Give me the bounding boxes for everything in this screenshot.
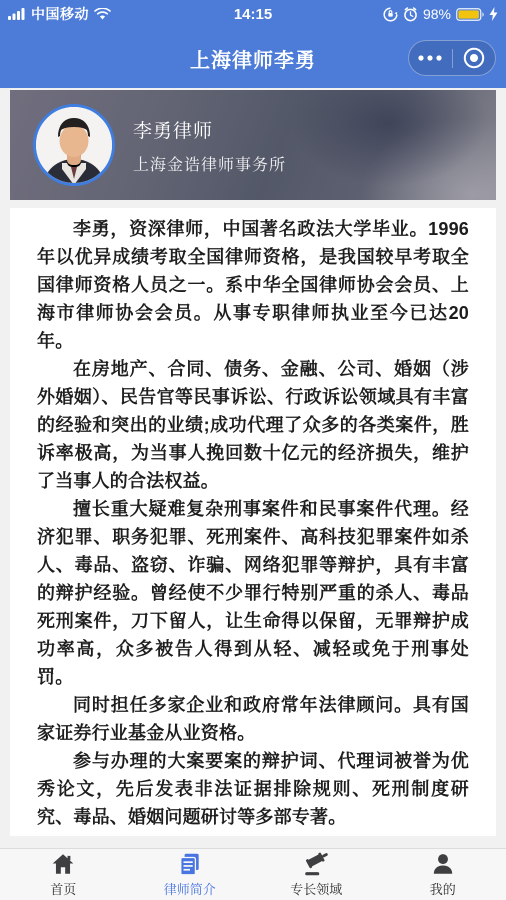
mini-program-home-icon [463, 47, 485, 69]
bio-paragraph: 在房地产、合同、债务、金融、公司、婚姻（涉外婚姻）、民告官等民事诉讼、行政诉讼领… [37, 355, 469, 495]
bio-paragraph: 同时担任多家企业和政府常年法律顾问。具有国家证券行业基金从业资格。 [37, 691, 469, 747]
status-bar: 中国移动 14:15 [0, 0, 506, 28]
lawyer-name: 李勇律师 [133, 116, 286, 143]
tab-label: 我的 [430, 879, 456, 898]
close-mini-program-button[interactable] [453, 41, 496, 75]
charging-bolt-icon [489, 7, 498, 21]
tab-lawyer-profile[interactable]: 律师简介 [127, 849, 254, 900]
tab-bar: 首页 律师简介 [0, 848, 506, 900]
wifi-icon [94, 8, 111, 20]
nav-bar: 上海律师李勇 [0, 28, 506, 88]
document-icon [177, 851, 203, 877]
tab-home[interactable]: 首页 [0, 849, 127, 900]
alarm-icon [403, 7, 418, 22]
carrier-label: 中国移动 [31, 4, 89, 24]
tab-label: 律师简介 [164, 879, 216, 898]
mini-program-screen: 中国移动 14:15 [0, 0, 506, 900]
page-content[interactable]: 李勇律师 上海金诰律师事务所 李勇，资深律师，中国著名政法大学毕业。1996年以… [0, 88, 506, 848]
user-icon [430, 851, 456, 877]
tab-label: 首页 [50, 879, 76, 898]
lawyer-identity: 李勇律师 上海金诰律师事务所 [133, 116, 286, 175]
capsule-menu [408, 40, 496, 76]
gavel-icon [302, 851, 330, 877]
status-left-group: 中国移动 [8, 4, 111, 24]
tab-label: 专长领域 [290, 879, 342, 898]
lawyer-bio-card: 李勇，资深律师，中国著名政法大学毕业。1996年以优异成绩考取全国律师资格，是我… [10, 208, 496, 836]
status-right-group: 98% [383, 6, 498, 22]
bio-paragraph: 擅长重大疑难复杂刑事案件和民事案件代理。经济犯罪、职务犯罪、死刑案件、高科技犯罪… [37, 495, 469, 691]
signal-icon [8, 8, 26, 20]
avatar [33, 104, 115, 186]
more-dots-icon [418, 55, 442, 61]
battery-percent-label: 98% [423, 6, 451, 22]
law-firm-name: 上海金诰律师事务所 [133, 152, 286, 175]
more-menu-button[interactable] [409, 41, 452, 75]
tab-mine[interactable]: 我的 [380, 849, 506, 900]
tab-expertise[interactable]: 专长领域 [253, 849, 380, 900]
bio-paragraph: 参与办理的大案要案的辩护词、代理词被誉为优秀论文，先后发表非法证据排除规则、死刑… [37, 747, 469, 831]
page-title: 上海律师李勇 [190, 44, 316, 73]
lawyer-banner: 李勇律师 上海金诰律师事务所 [10, 90, 496, 200]
bio-paragraph: 李勇，资深律师，中国著名政法大学毕业。1996年以优异成绩考取全国律师资格，是我… [37, 215, 469, 355]
orientation-lock-icon [383, 7, 398, 22]
battery-icon [456, 8, 484, 21]
home-icon [50, 851, 76, 877]
